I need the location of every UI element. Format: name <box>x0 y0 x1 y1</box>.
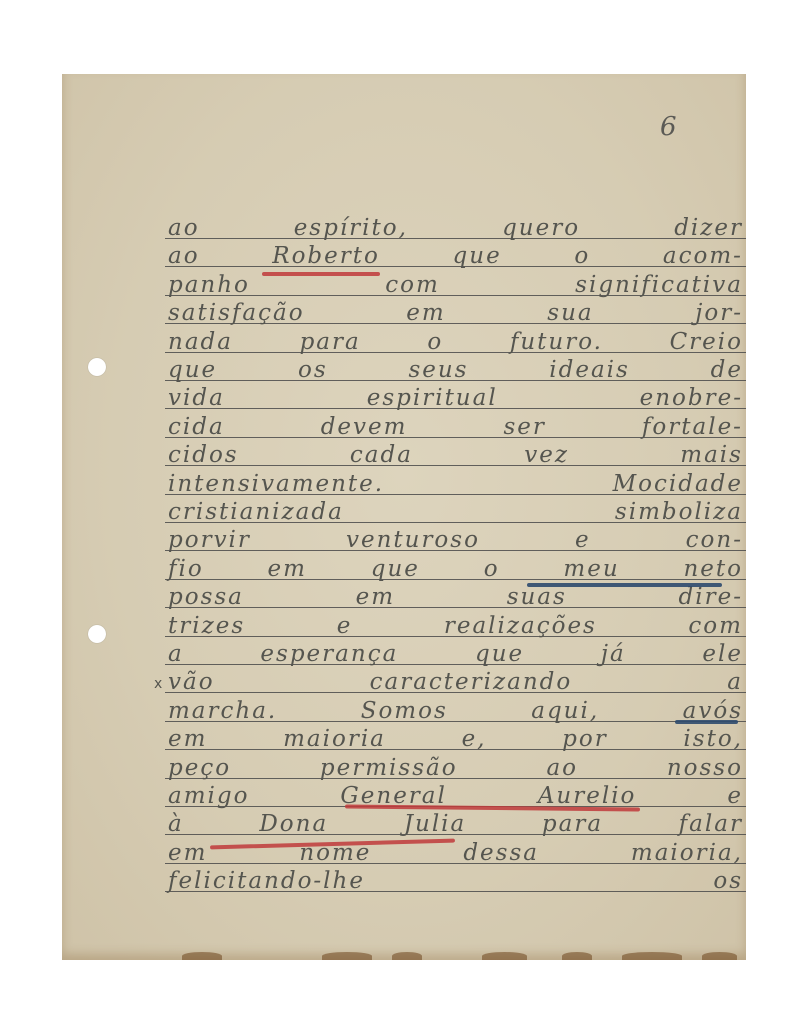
word: ao <box>168 242 200 270</box>
text-line: satisfaçãoemsuajor- <box>168 299 743 327</box>
text-line: porvirventurosoecon- <box>168 526 743 554</box>
text-line: felicitando-lheos <box>168 867 743 895</box>
text-line: cidadevemserfortale- <box>168 413 743 441</box>
word: por <box>562 725 608 753</box>
word: para <box>300 328 361 356</box>
word: e <box>727 782 743 810</box>
word: intensivamente. <box>168 470 384 498</box>
text-line: vãocaracterizandoa <box>168 668 743 696</box>
word: cristianizada <box>168 498 344 526</box>
word: em <box>168 839 207 867</box>
stain <box>622 952 682 960</box>
margin-mark: x <box>154 676 162 692</box>
word: jor- <box>695 299 743 327</box>
word: fortale- <box>642 413 743 441</box>
word: con- <box>686 526 743 554</box>
word: cada <box>350 441 413 469</box>
word: meu <box>563 555 619 583</box>
word: trizes <box>168 612 245 640</box>
underline-meu-neto <box>527 583 722 587</box>
word: e <box>575 526 591 554</box>
word: suas <box>507 583 567 611</box>
word: neto <box>683 555 743 583</box>
word: os <box>298 356 328 384</box>
word: o <box>574 242 590 270</box>
punch-hole-top <box>88 358 106 376</box>
word: Roberto <box>272 242 380 270</box>
word: cidos <box>168 441 239 469</box>
word: esperança <box>260 640 398 668</box>
word: ideais <box>549 356 630 384</box>
text-line: emmaioriae,poristo, <box>168 725 743 753</box>
word: com <box>385 271 440 299</box>
text-line: possaemsuasdire- <box>168 583 743 611</box>
word: e <box>337 612 353 640</box>
word: a <box>727 668 743 696</box>
word: à <box>168 810 184 838</box>
word: satisfação <box>168 299 305 327</box>
word: seus <box>408 356 468 384</box>
word: dizer <box>674 214 743 242</box>
word: para <box>542 810 603 838</box>
word: nada <box>168 328 233 356</box>
word: vez <box>524 441 569 469</box>
text-line: queosseusideaisde <box>168 356 743 384</box>
word: peço <box>168 754 231 782</box>
word: significativa <box>575 271 743 299</box>
word: que <box>371 555 420 583</box>
stain <box>702 952 737 960</box>
word: aqui, <box>531 697 599 725</box>
word: em <box>268 555 307 583</box>
word: ele <box>702 640 743 668</box>
text-line: aoRobertoqueoacom- <box>168 242 743 270</box>
word: Dona <box>259 810 328 838</box>
word: possa <box>168 583 244 611</box>
word: venturoso <box>346 526 480 554</box>
word: o <box>484 555 500 583</box>
underline-roberto <box>262 272 380 276</box>
word: simboliza <box>615 498 743 526</box>
word: dire- <box>679 583 743 611</box>
word: e, <box>462 725 487 753</box>
word: o <box>427 328 443 356</box>
word: Somos <box>361 697 448 725</box>
text-line: aoespírito,querodizer <box>168 214 743 242</box>
word: falar <box>679 810 743 838</box>
word: amigo <box>168 782 249 810</box>
word: espiritual <box>367 384 498 412</box>
word: vida <box>168 384 225 412</box>
text-line: fioemqueomeuneto <box>168 555 743 583</box>
word: os <box>713 867 743 895</box>
word: a <box>168 640 184 668</box>
word: que <box>168 356 217 384</box>
word: sua <box>547 299 593 327</box>
word: quero <box>502 214 580 242</box>
text-line: àDonaJuliaparafalar <box>168 810 743 838</box>
word: panho <box>168 271 250 299</box>
word: em <box>356 583 395 611</box>
word: dessa <box>463 839 539 867</box>
word: isto, <box>683 725 743 753</box>
page-number: 6 <box>660 112 677 142</box>
word: ser <box>503 413 545 441</box>
text-line: emnomedessamaioria, <box>168 839 743 867</box>
word: Creio <box>670 328 743 356</box>
word: de <box>711 356 743 384</box>
word: enobre- <box>640 384 743 412</box>
text-line: cidoscadavezmais <box>168 441 743 469</box>
word: ao <box>168 214 200 242</box>
text-line: cristianizadasimboliza <box>168 498 743 526</box>
word: caracterizando <box>370 668 573 696</box>
word: realizações <box>444 612 597 640</box>
word: permissão <box>320 754 458 782</box>
word: Julia <box>404 810 466 838</box>
word: devem <box>321 413 408 441</box>
word: maioria <box>283 725 386 753</box>
word: marcha. <box>168 697 277 725</box>
text-line: vidaespiritualenobre- <box>168 384 743 412</box>
word: que <box>453 242 502 270</box>
word: acom- <box>663 242 743 270</box>
text-line: panhocomsignificativa <box>168 271 743 299</box>
word: futuro. <box>510 328 603 356</box>
punch-hole-bottom <box>88 625 106 643</box>
stain <box>322 952 372 960</box>
word: espírito, <box>294 214 408 242</box>
word: em <box>406 299 445 327</box>
underline-avos <box>675 720 738 724</box>
word: maioria, <box>631 839 743 867</box>
word: que <box>475 640 524 668</box>
word: Mocidade <box>613 470 743 498</box>
text-line: nadaparaofuturo.Creio <box>168 328 743 356</box>
word: cida <box>168 413 225 441</box>
word: vão <box>168 668 215 696</box>
word: felicitando-lhe <box>168 867 365 895</box>
text-line: marcha.Somosaqui,avós <box>168 697 743 725</box>
word: já <box>601 640 626 668</box>
stain <box>482 952 527 960</box>
word: mais <box>680 441 743 469</box>
text-line: peçopermissãoaonosso <box>168 754 743 782</box>
word: em <box>168 725 207 753</box>
text-line: aesperançaquejáele <box>168 640 743 668</box>
text-line: trizeserealizaçõescom <box>168 612 743 640</box>
text-line: intensivamente.Mocidade <box>168 470 743 498</box>
stain <box>392 952 422 960</box>
word: porvir <box>168 526 251 554</box>
stain <box>182 952 222 960</box>
word: fio <box>168 555 204 583</box>
word: com <box>688 612 743 640</box>
stain <box>562 952 592 960</box>
word: nosso <box>667 754 743 782</box>
word: ao <box>546 754 578 782</box>
